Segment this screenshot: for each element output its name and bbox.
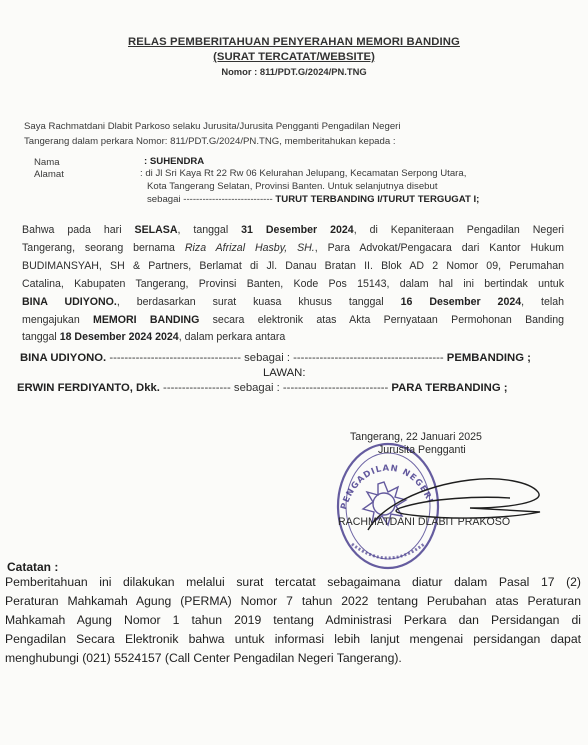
intro-line-2: Tangerang dalam perkara Nomor: 811/PDT.G… bbox=[24, 136, 396, 147]
note-line: Pemberitahuan ini dilakukan melalui sura… bbox=[5, 575, 581, 589]
case-number: Nomor : 811/PDT.G/2024/PN.TNG bbox=[0, 66, 588, 77]
document-title: RELAS PEMBERITAHUAN PENYERAHAN MEMORI BA… bbox=[0, 36, 588, 48]
note-line: Mahkamah Agung Nomor 1 tahun 2019 tentan… bbox=[5, 613, 581, 627]
body-line-4: Catalina, Kabupaten Tangerang, Provinsi … bbox=[22, 278, 564, 290]
notes-title: Catatan : bbox=[7, 560, 58, 574]
name-label: Nama bbox=[34, 157, 60, 168]
intro-line-1: Saya Rachmatdani Dlabit Parkoso selaku J… bbox=[24, 121, 564, 132]
address-line-2: Kota Tangerang Selatan, Provinsi Banten.… bbox=[147, 181, 438, 192]
respondent-line: ERWIN FERDIYANTO, Dkk. -----------------… bbox=[17, 382, 508, 394]
respondent-role: PARA TERBANDING ; bbox=[391, 382, 507, 394]
place-date: Tangerang, 22 Januari 2025 bbox=[350, 431, 482, 443]
body-line-1: Bahwa pada hari SELASA, tanggal 31 Desem… bbox=[22, 224, 564, 236]
note-line: Pengadilan Secara Elektronik bahwa untuk… bbox=[5, 632, 581, 646]
body-line-5: BINA UDIYONO., berdasarkan surat kuasa k… bbox=[22, 296, 564, 308]
body-line-3: BUDIMANSYAH, SH & Partners, Berlamat di … bbox=[22, 260, 564, 272]
recipient-name: : SUHENDRA bbox=[144, 156, 204, 167]
respondent-name: ERWIN FERDIYANTO, Dkk. bbox=[17, 382, 160, 394]
body-line-6: mengajukan MEMORI BANDING secara elektro… bbox=[22, 314, 564, 326]
signer-name: RACHMATDANI DLABIT PRAKOSO bbox=[338, 516, 510, 528]
appellant-role: PEMBANDING ; bbox=[447, 352, 531, 364]
address-line-1: : di Jl Sri Kaya Rt 22 Rw 06 Kelurahan J… bbox=[140, 168, 466, 179]
appellant-name: BINA UDIYONO. bbox=[20, 352, 106, 364]
signer-position: Jurusita Pengganti bbox=[378, 444, 466, 456]
appellant-line: BINA UDIYONO. --------------------------… bbox=[20, 352, 531, 364]
document-page: RELAS PEMBERITAHUAN PENYERAHAN MEMORI BA… bbox=[0, 0, 588, 745]
note-line: menghubungi (021) 5524157 (Call Center P… bbox=[5, 651, 581, 665]
versus-label: LAWAN: bbox=[263, 367, 305, 379]
document-subtitle: (SURAT TERCATAT/WEBSITE) bbox=[0, 51, 588, 63]
body-line-7: tanggal 18 Desember 2024 2024, dalam per… bbox=[22, 331, 564, 343]
recipient-role-line: sebagai ---------------------------- TUR… bbox=[147, 194, 479, 205]
address-label: Alamat bbox=[34, 169, 64, 180]
recipient-role: TURUT TERBANDING I/TURUT TERGUGAT I; bbox=[275, 194, 479, 205]
body-line-2: Tangerang, seorang bernama Riza Afrizal … bbox=[22, 242, 564, 254]
note-line: Peraturan Mahkamah Agung (PERMA) Nomor 7… bbox=[5, 594, 581, 608]
